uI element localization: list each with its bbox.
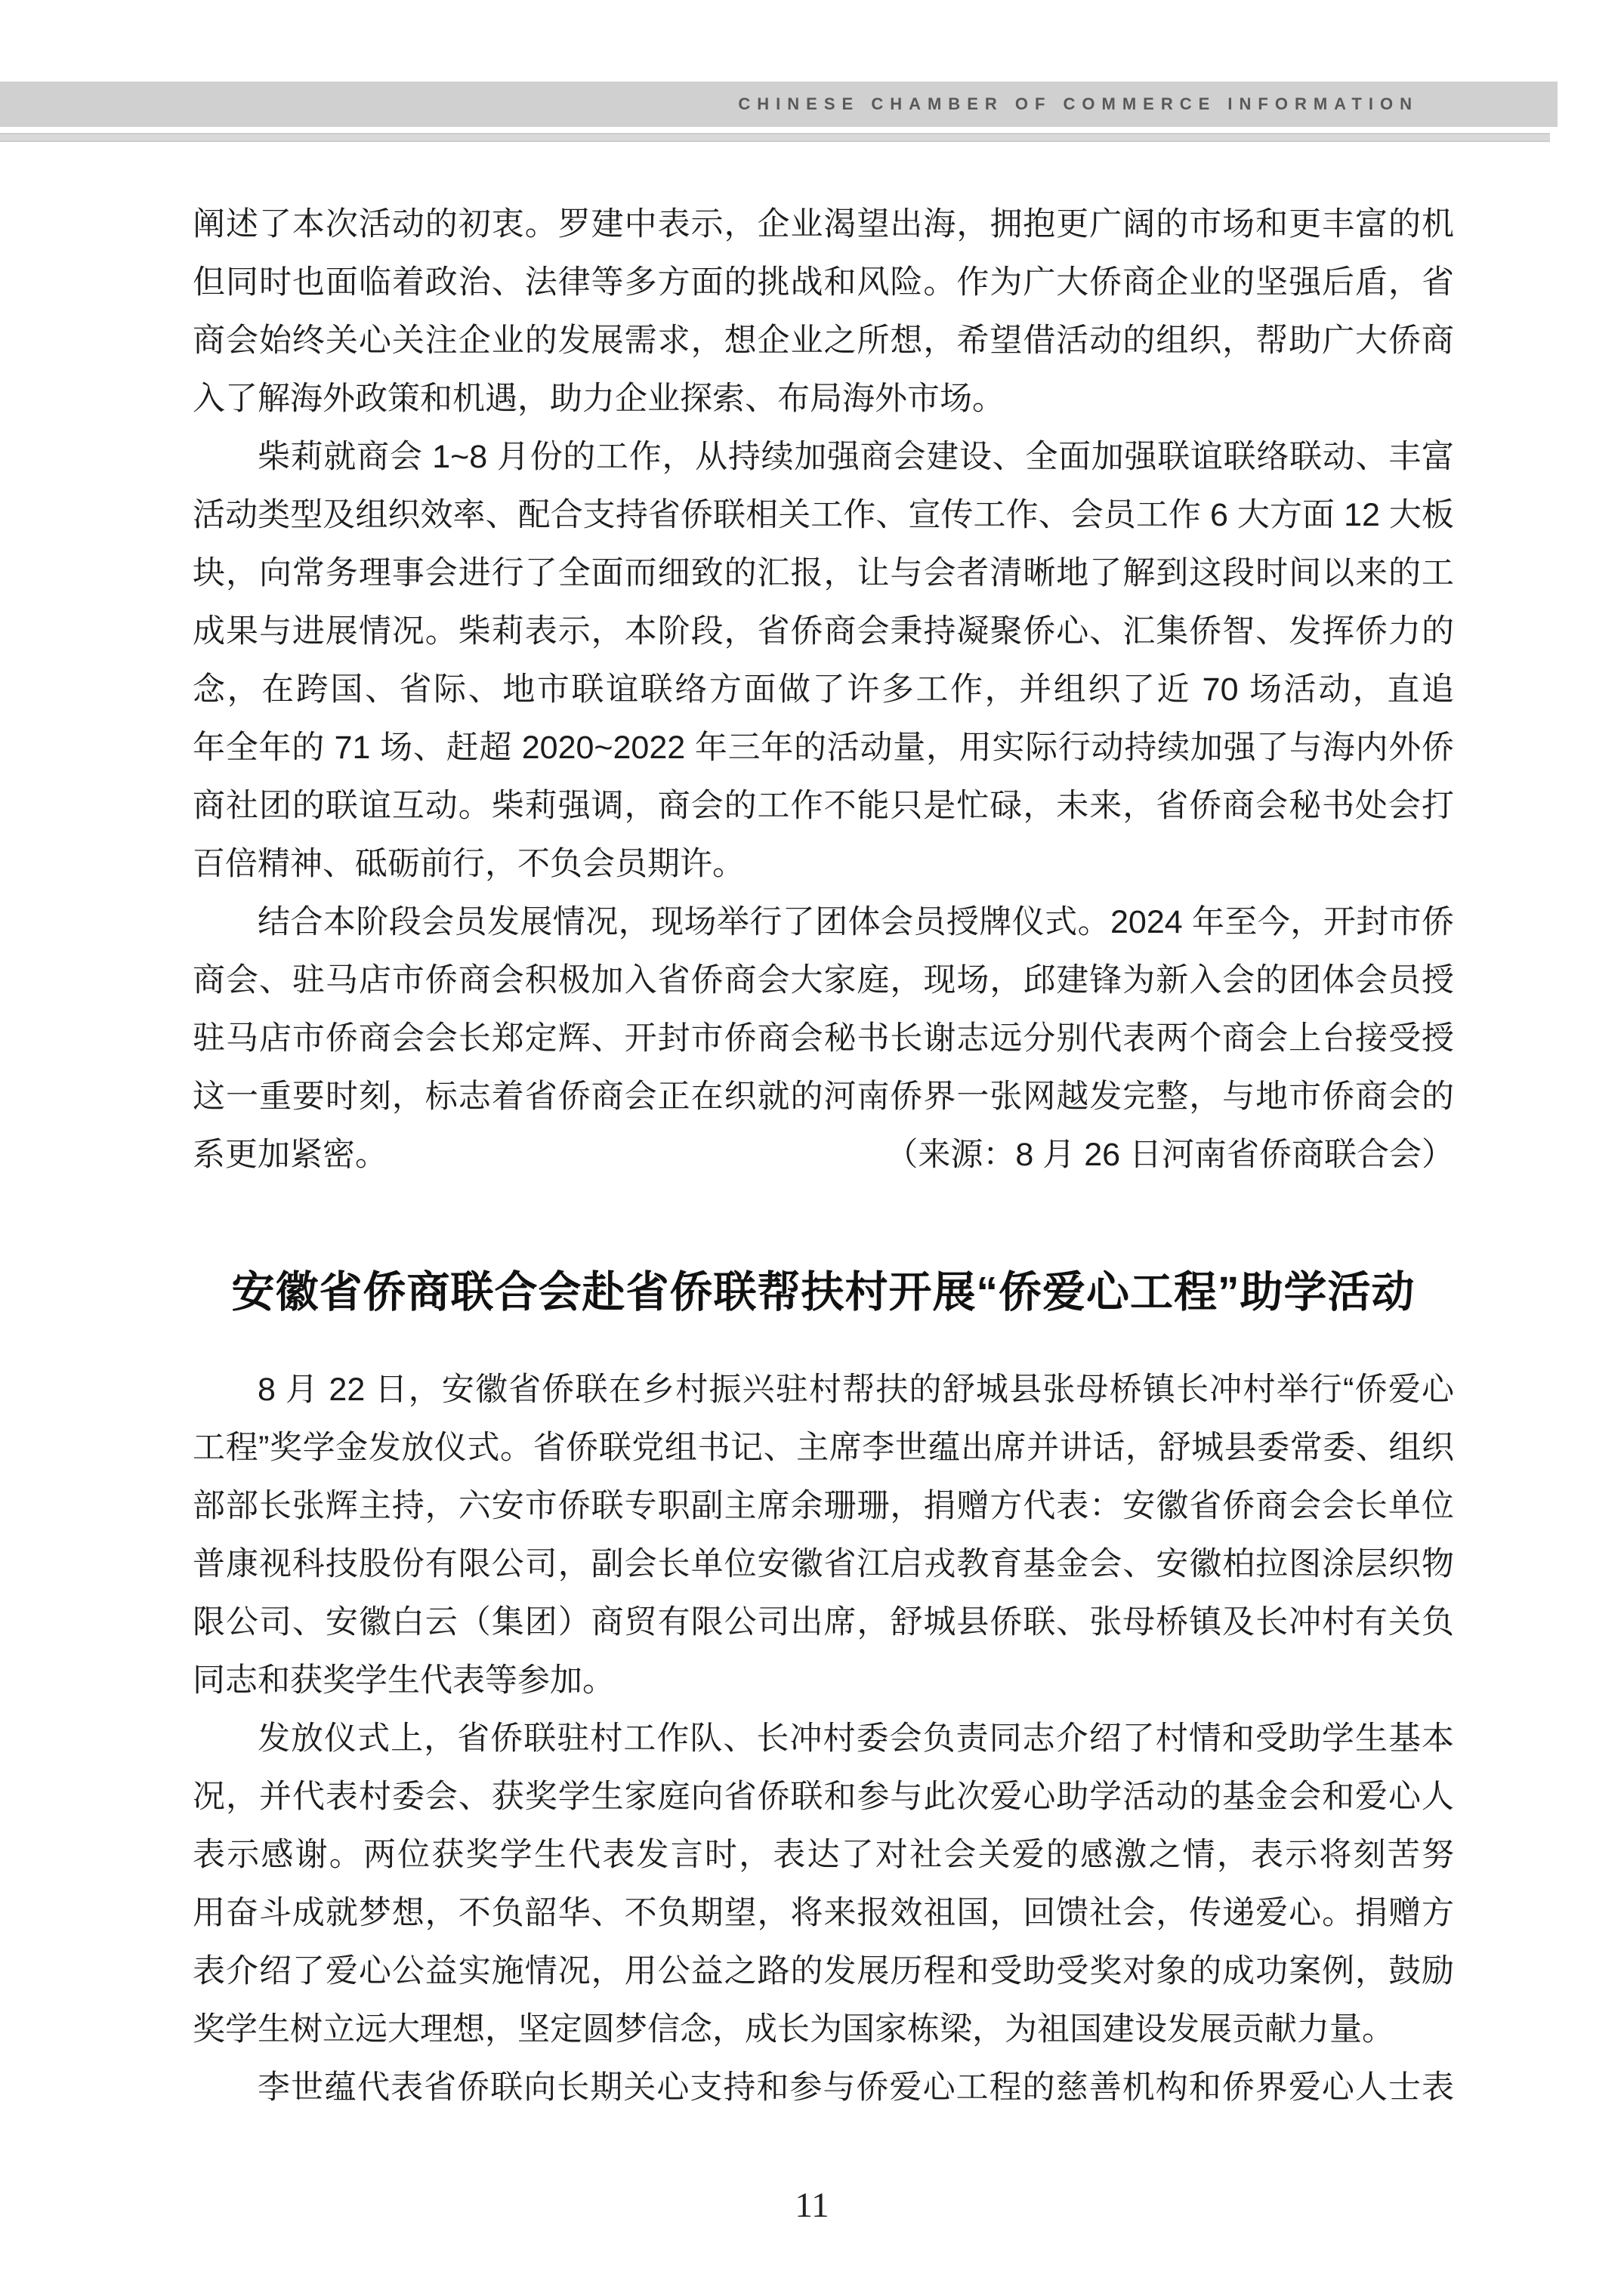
text-line: 普康视科技股份有限公司，副会长单位安徽省江启戎教育基金会、安徽柏拉图涂层织物有 [193,1535,1454,1594]
text-line: 柴莉就商会 1~8 月份的工作，从持续加强商会建设、全面加强联谊联络联动、丰富 [193,428,1454,486]
text-line: 表介绍了爱心公益实施情况，用公益之路的发展历程和受助受奖对象的成功案例，鼓励获 [193,1943,1454,2001]
text-line: 限公司、安徽白云（集团）商贸有限公司出席，舒城县侨联、张母桥镇及长冲村有关负责 [193,1594,1454,1652]
text-line: 成果与进展情况。柴莉表示，本阶段，省侨商会秉持凝聚侨心、汇集侨智、发挥侨力的理 [193,603,1454,661]
text-line-with-source: 系更加紧密。（来源：8 月 26 日河南省侨商联合会） [193,1126,1454,1184]
text-line: 表示感谢。两位获奖学生代表发言时，表达了对社会关爱的感激之情，表示将刻苦努力， [193,1826,1454,1884]
text-line: 商会、驻马店市侨商会积极加入省侨商会大家庭，现场，邱建锋为新入会的团体会员授牌， [193,952,1454,1010]
text-line: 商会始终关心关注企业的发展需求，想企业之所想，希望借活动的组织，帮助广大侨商深 [193,312,1454,370]
text-line: 工程”奖学金发放仪式。省侨联党组书记、主席李世蕴出席并讲话，舒城县委常委、组织 [193,1419,1454,1477]
text-line: 年全年的 71 场、赶超 2020~2022 年三年的活动量，用实际行动持续加强… [193,719,1454,777]
text-line: 结合本阶段会员发展情况，现场举行了团体会员授牌仪式。2024 年至今，开封市侨 [193,893,1454,952]
text-line: 李世蕴代表省侨联向长期关心支持和参与侨爱心工程的慈善机构和侨界爱心人士表示 [193,2059,1454,2117]
text-line: 同志和获奖学生代表等参加。 [193,1652,1454,1710]
article-text-block-1: 阐述了本次活动的初衷。罗建中表示，企业渴望出海，拥抱更广阔的市场和更丰富的机遇，… [193,196,1454,1184]
text-line: 驻马店市侨商会会长郑定辉、开封市侨商会秘书长谢志远分别代表两个商会上台接受授牌。 [193,1010,1454,1068]
text-line: 但同时也面临着政治、法律等多方面的挑战和风险。作为广大侨商企业的坚强后盾，省侨 [193,254,1454,312]
source-attribution: （来源：8 月 26 日河南省侨商联合会） [885,1126,1454,1184]
text-line: 部部长张辉主持，六安市侨联专职副主席余珊珊，捐赠方代表：安徽省侨商会会长单位欧 [193,1477,1454,1535]
text-line: 商社团的联谊互动。柴莉强调，商会的工作不能只是忙碌，未来，省侨商会秘书处会打起 [193,777,1454,835]
page-number: 11 [0,2185,1624,2226]
header-divider [0,133,1550,142]
text-line: 活动类型及组织效率、配合支持省侨联相关工作、宣传工作、会员工作 6 大方面 12… [193,486,1454,545]
text-line: 这一重要时刻，标志着省侨商会正在织就的河南侨界一张网越发完整，与地市侨商会的联 [193,1068,1454,1126]
text-line: 发放仪式上，省侨联驻村工作队、长冲村委会负责同志介绍了村情和受助学生基本情 [193,1710,1454,1768]
document-page: CHINESE CHAMBER OF COMMERCE INFORMATION … [0,0,1624,2293]
text-line: 入了解海外政策和机遇，助力企业探索、布局海外市场。 [193,370,1454,428]
paragraph-end-text: 系更加紧密。 [193,1126,387,1184]
text-line: 块，向常务理事会进行了全面而细致的汇报，让与会者清晰地了解到这段时间以来的工作 [193,545,1454,603]
header-band: CHINESE CHAMBER OF COMMERCE INFORMATION [0,82,1558,127]
text-line: 8 月 22 日，安徽省侨联在乡村振兴驻村帮扶的舒城县张母桥镇长冲村举行“侨爱心 [193,1361,1454,1419]
article-heading: 安徽省侨商联合会赴省侨联帮扶村开展“侨爱心工程”助学活动 [181,1260,1465,1325]
text-line: 百倍精神、砥砺前行，不负会员期许。 [193,835,1454,893]
text-line: 况，并代表村委会、获奖学生家庭向省侨联和参与此次爱心助学活动的基金会和爱心人士 [193,1768,1454,1826]
article-text-block-2: 8 月 22 日，安徽省侨联在乡村振兴驻村帮扶的舒城县张母桥镇长冲村举行“侨爱心… [193,1361,1454,2117]
text-line: 用奋斗成就梦想，不负韶华、不负期望，将来报效祖国，回馈社会，传递爱心。捐赠方代 [193,1884,1454,1943]
text-line: 阐述了本次活动的初衷。罗建中表示，企业渴望出海，拥抱更广阔的市场和更丰富的机遇， [193,196,1454,254]
text-line: 奖学生树立远大理想，坚定圆梦信念，成长为国家栋梁，为祖国建设发展贡献力量。 [193,2001,1454,2059]
text-line: 念，在跨国、省际、地市联谊联络方面做了许多工作，并组织了近 70 场活动，直追 … [193,661,1454,719]
header-title: CHINESE CHAMBER OF COMMERCE INFORMATION [738,94,1419,114]
